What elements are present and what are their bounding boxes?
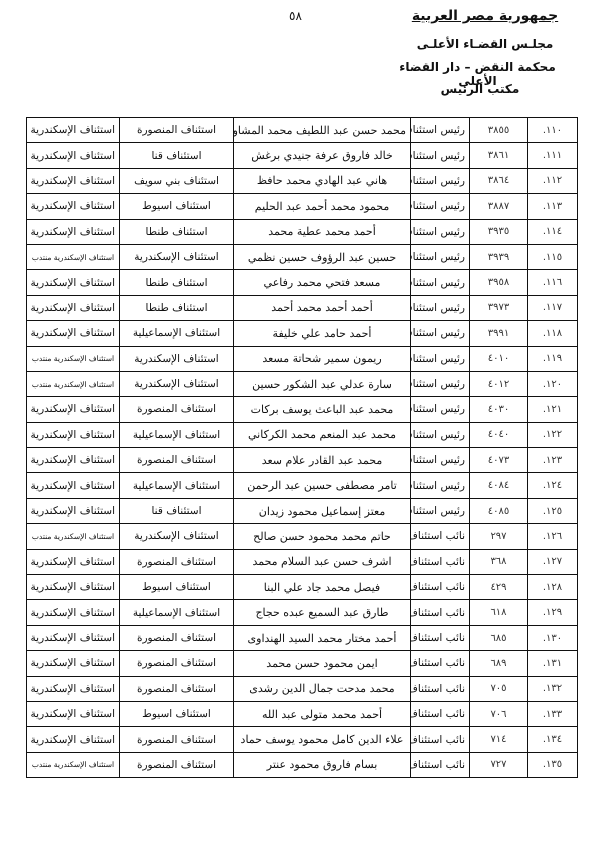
current-court-cell: استئناف المنصورة <box>120 752 234 777</box>
table-row: ١١١.٣٨٦١رئيس استئنافخالد فاروق عرفة جنيد… <box>27 143 578 168</box>
current-court-cell: استئناف اسيوط <box>120 701 234 726</box>
seniority-number-cell: ٤٢٩ <box>470 575 528 600</box>
row-index-cell: ١٢٣. <box>528 448 578 473</box>
seniority-number-cell: ٧٢٧ <box>470 752 528 777</box>
rank-cell: نائب استئناف <box>411 524 470 549</box>
table-row: ١٢٨.٤٢٩نائب استئناففيصل محمد جاد علي الب… <box>27 575 578 600</box>
destination-court-cell: استئناف الإسكندرية <box>27 473 120 498</box>
seniority-number-cell: ٣٨٨٧ <box>470 194 528 219</box>
table-row: ١٣١.٦٨٩نائب استئنافايمن محمود حسن محمداس… <box>27 651 578 676</box>
judge-name-cell: سارة عدلي عبد الشكور حسين <box>234 371 411 396</box>
row-index-cell: ١١٥. <box>528 244 578 269</box>
rank-cell: رئيس استئناف <box>411 498 470 523</box>
destination-court-cell: استئناف الإسكندرية <box>27 118 120 143</box>
destination-court-cell: استئناف الإسكندرية <box>27 194 120 219</box>
row-index-cell: ١٢٦. <box>528 524 578 549</box>
current-court-cell: استئناف المنصورة <box>120 549 234 574</box>
current-court-cell: استئناف المنصورة <box>120 651 234 676</box>
seniority-number-cell: ٣٩٣٩ <box>470 244 528 269</box>
council-title: مجلـس القضـاء الأعلـى <box>410 37 560 51</box>
current-court-cell: استئناف الإسكندرية <box>120 244 234 269</box>
row-index-cell: ١١٩. <box>528 346 578 371</box>
destination-court-cell: استئناف الإسكندرية <box>27 422 120 447</box>
row-index-cell: ١٣٠. <box>528 625 578 650</box>
destination-court-cell: استئناف الإسكندرية <box>27 575 120 600</box>
judge-name-cell: بسام فاروق محمود عنتر <box>234 752 411 777</box>
destination-court-cell: استئناف الإسكندرية <box>27 676 120 701</box>
destination-court-cell: استئناف الإسكندرية <box>27 498 120 523</box>
table-row: ١٣٢.٧٠٥نائب استئنافمحمد مدحت جمال الدين … <box>27 676 578 701</box>
current-court-cell: استئناف الإسماعيلية <box>120 600 234 625</box>
row-index-cell: ١٣١. <box>528 651 578 676</box>
seniority-number-cell: ٣٨٦٤ <box>470 168 528 193</box>
destination-court-cell: استئناف الإسكندرية <box>27 625 120 650</box>
page-number: ٥٨ <box>289 9 302 23</box>
judge-name-cell: محمد عبد المنعم محمد الكركاني <box>234 422 411 447</box>
judge-name-cell: أحمد محمد متولى عبد الله <box>234 701 411 726</box>
row-index-cell: ١٢٩. <box>528 600 578 625</box>
destination-court-cell: استئناف الإسكندرية <box>27 549 120 574</box>
current-court-cell: استئناف اسيوط <box>120 194 234 219</box>
table-row: ١١٠.٣٨٥٥رئيس استئنافمحمد حسن عبد اللطيف … <box>27 118 578 143</box>
judge-name-cell: محمد مدحت جمال الدين رشدى <box>234 676 411 701</box>
current-court-cell: استئناف الإسماعيلية <box>120 473 234 498</box>
country-title: جمهورية مصر العربية <box>410 8 560 24</box>
judge-name-cell: حاتم محمد محمود حسن صالح <box>234 524 411 549</box>
table-row: ١١٩.٤٠١٠رئيس استئنافريمون سمير شحاتة مسع… <box>27 346 578 371</box>
current-court-cell: استئناف طنطا <box>120 270 234 295</box>
table-row: ١٣٠.٦٨٥نائب استئنافأحمد مختار محمد السيد… <box>27 625 578 650</box>
destination-court-cell: استئناف الإسكندرية منتدب <box>27 752 120 777</box>
rank-cell: رئيس استئناف <box>411 244 470 269</box>
current-court-cell: استئناف الإسماعيلية <box>120 422 234 447</box>
seniority-number-cell: ٢٩٧ <box>470 524 528 549</box>
judge-name-cell: معتز إسماعيل محمود زيدان <box>234 498 411 523</box>
judge-name-cell: محمد عبد الباعث يوسف بركات <box>234 397 411 422</box>
rank-cell: نائب استئناف <box>411 752 470 777</box>
row-index-cell: ١٣٣. <box>528 701 578 726</box>
judge-name-cell: طارق عبد السميع عبده حجاج <box>234 600 411 625</box>
table-row: ١٣٣.٧٠٦نائب استئنافأحمد محمد متولى عبد ا… <box>27 701 578 726</box>
table-row: ١١٣.٣٨٨٧رئيس استئنافمحمود محمد أحمد عبد … <box>27 194 578 219</box>
destination-court-cell: استئناف الإسكندرية منتدب <box>27 524 120 549</box>
rank-cell: نائب استئناف <box>411 651 470 676</box>
row-index-cell: ١٢٠. <box>528 371 578 396</box>
judge-name-cell: أحمد محمد عطية محمد <box>234 219 411 244</box>
current-court-cell: استئناف طنطا <box>120 295 234 320</box>
current-court-cell: استئناف المنصورة <box>120 676 234 701</box>
destination-court-cell: استئناف الإسكندرية <box>27 270 120 295</box>
seniority-number-cell: ٣٩٧٣ <box>470 295 528 320</box>
seniority-number-cell: ٤٠٤٠ <box>470 422 528 447</box>
table-row: ١٣٥.٧٢٧نائب استئنافبسام فاروق محمود عنتر… <box>27 752 578 777</box>
rank-cell: رئيس استئناف <box>411 118 470 143</box>
rank-cell: نائب استئناف <box>411 701 470 726</box>
rank-cell: رئيس استئناف <box>411 346 470 371</box>
current-court-cell: استئناف المنصورة <box>120 397 234 422</box>
destination-court-cell: استئناف الإسكندرية <box>27 600 120 625</box>
judge-name-cell: فيصل محمد جاد علي البنا <box>234 575 411 600</box>
row-index-cell: ١١٨. <box>528 321 578 346</box>
seniority-number-cell: ٣٩٣٥ <box>470 219 528 244</box>
table-row: ١١٢.٣٨٦٤رئيس استئنافهاني عبد الهادي محمد… <box>27 168 578 193</box>
current-court-cell: استئناف بني سويف <box>120 168 234 193</box>
rank-cell: نائب استئناف <box>411 727 470 752</box>
destination-court-cell: استئناف الإسكندرية منتدب <box>27 244 120 269</box>
rank-cell: نائب استئناف <box>411 625 470 650</box>
row-index-cell: ١٣٥. <box>528 752 578 777</box>
rank-cell: نائب استئناف <box>411 600 470 625</box>
table-row: ١٢٤.٤٠٨٤رئيس استئنافتامر مصطفى حسين عبد … <box>27 473 578 498</box>
current-court-cell: استئناف طنطا <box>120 219 234 244</box>
judge-name-cell: اشرف حسن عبد السلام محمد <box>234 549 411 574</box>
row-index-cell: ١١٣. <box>528 194 578 219</box>
current-court-cell: استئناف المنصورة <box>120 448 234 473</box>
rank-cell: نائب استئناف <box>411 549 470 574</box>
seniority-number-cell: ٤٠٧٣ <box>470 448 528 473</box>
rank-cell: رئيس استئناف <box>411 295 470 320</box>
seniority-number-cell: ٧١٤ <box>470 727 528 752</box>
destination-court-cell: استئناف الإسكندرية <box>27 143 120 168</box>
table-row: ١١٦.٣٩٥٨رئيس استئنافمسعد فتحي محمد رفاعي… <box>27 270 578 295</box>
seniority-number-cell: ٣٩٥٨ <box>470 270 528 295</box>
judge-name-cell: أحمد حامد علي خليفة <box>234 321 411 346</box>
table-row: ١٢٧.٣٦٨نائب استئنافاشرف حسن عبد السلام م… <box>27 549 578 574</box>
row-index-cell: ١١٠. <box>528 118 578 143</box>
rank-cell: رئيس استئناف <box>411 270 470 295</box>
table-row: ١٢٩.٦١٨نائب استئنافطارق عبد السميع عبده … <box>27 600 578 625</box>
current-court-cell: استئناف الإسكندرية <box>120 346 234 371</box>
judge-name-cell: محمد عبد القادر علام سعد <box>234 448 411 473</box>
seniority-number-cell: ٣٦٨ <box>470 549 528 574</box>
table-row: ١١٧.٣٩٧٣رئيس استئنافأحمد أحمد محمد أحمدا… <box>27 295 578 320</box>
row-index-cell: ١٣٢. <box>528 676 578 701</box>
judge-name-cell: أحمد أحمد محمد أحمد <box>234 295 411 320</box>
rank-cell: رئيس استئناف <box>411 422 470 447</box>
row-index-cell: ١٢٥. <box>528 498 578 523</box>
current-court-cell: استئناف اسيوط <box>120 575 234 600</box>
rank-cell: نائب استئناف <box>411 575 470 600</box>
rank-cell: رئيس استئناف <box>411 194 470 219</box>
current-court-cell: استئناف الإسكندرية <box>120 371 234 396</box>
rank-cell: رئيس استئناف <box>411 448 470 473</box>
destination-court-cell: استئناف الإسكندرية <box>27 219 120 244</box>
judge-name-cell: علاء الدين كامل محمود يوسف حماد <box>234 727 411 752</box>
row-index-cell: ١١٦. <box>528 270 578 295</box>
destination-court-cell: استئناف الإسكندرية منتدب <box>27 346 120 371</box>
rank-cell: رئيس استئناف <box>411 219 470 244</box>
row-index-cell: ١٣٤. <box>528 727 578 752</box>
seniority-number-cell: ٤٠٨٤ <box>470 473 528 498</box>
table-row: ١١٨.٣٩٩١رئيس استئنافأحمد حامد علي خليفةا… <box>27 321 578 346</box>
judge-name-cell: حسين عبد الرؤوف حسين نظمي <box>234 244 411 269</box>
seniority-number-cell: ٣٨٥٥ <box>470 118 528 143</box>
row-index-cell: ١٢٢. <box>528 422 578 447</box>
destination-court-cell: استئناف الإسكندرية <box>27 321 120 346</box>
destination-court-cell: استئناف الإسكندرية <box>27 295 120 320</box>
judge-name-cell: ريمون سمير شحاتة مسعد <box>234 346 411 371</box>
seniority-number-cell: ٣٨٦١ <box>470 143 528 168</box>
current-court-cell: استئناف المنصورة <box>120 118 234 143</box>
rank-cell: نائب استئناف <box>411 676 470 701</box>
table-row: ١١٥.٣٩٣٩رئيس استئنافحسين عبد الرؤوف حسين… <box>27 244 578 269</box>
row-index-cell: ١١٧. <box>528 295 578 320</box>
table-row: ١٢١.٤٠٣٠رئيس استئنافمحمد عبد الباعث يوسف… <box>27 397 578 422</box>
seniority-number-cell: ٤٠٨٥ <box>470 498 528 523</box>
destination-court-cell: استئناف الإسكندرية <box>27 727 120 752</box>
seniority-number-cell: ٤٠١٠ <box>470 346 528 371</box>
rank-cell: رئيس استئناف <box>411 321 470 346</box>
seniority-number-cell: ٧٠٦ <box>470 701 528 726</box>
table-row: ١٣٤.٧١٤نائب استئنافعلاء الدين كامل محمود… <box>27 727 578 752</box>
current-court-cell: استئناف قنا <box>120 143 234 168</box>
judge-name-cell: خالد فاروق عرفة جنيدي برغش <box>234 143 411 168</box>
current-court-cell: استئناف المنصورة <box>120 727 234 752</box>
row-index-cell: ١١٤. <box>528 219 578 244</box>
office-title: مكتب الرئيس <box>430 82 530 96</box>
judge-name-cell: هاني عبد الهادي محمد حافظ <box>234 168 411 193</box>
destination-court-cell: استئناف الإسكندرية <box>27 651 120 676</box>
judge-name-cell: تامر مصطفى حسين عبد الرحمن <box>234 473 411 498</box>
rank-cell: رئيس استئناف <box>411 397 470 422</box>
seniority-number-cell: ٣٩٩١ <box>470 321 528 346</box>
destination-court-cell: استئناف الإسكندرية منتدب <box>27 371 120 396</box>
seniority-number-cell: ٤٠١٢ <box>470 371 528 396</box>
judge-name-cell: محمد حسن عبد اللطيف محمد المشاوي <box>234 118 411 143</box>
rank-cell: رئيس استئناف <box>411 473 470 498</box>
current-court-cell: استئناف الإسماعيلية <box>120 321 234 346</box>
table-row: ١٢٥.٤٠٨٥رئيس استئنافمعتز إسماعيل محمود ز… <box>27 498 578 523</box>
row-index-cell: ١١٢. <box>528 168 578 193</box>
destination-court-cell: استئناف الإسكندرية <box>27 701 120 726</box>
judges-transfer-table: ١١٠.٣٨٥٥رئيس استئنافمحمد حسن عبد اللطيف … <box>26 117 578 778</box>
rank-cell: رئيس استئناف <box>411 371 470 396</box>
table-row: ١٢٢.٤٠٤٠رئيس استئنافمحمد عبد المنعم محمد… <box>27 422 578 447</box>
rank-cell: رئيس استئناف <box>411 168 470 193</box>
destination-court-cell: استئناف الإسكندرية <box>27 397 120 422</box>
row-index-cell: ١٢١. <box>528 397 578 422</box>
judge-name-cell: أحمد مختار محمد السيد الهنداوى <box>234 625 411 650</box>
table-row: ١٢٦.٢٩٧نائب استئنافحاتم محمد محمود حسن ص… <box>27 524 578 549</box>
seniority-number-cell: ٦١٨ <box>470 600 528 625</box>
row-index-cell: ١١١. <box>528 143 578 168</box>
current-court-cell: استئناف الإسكندرية <box>120 524 234 549</box>
table-row: ١٢٠.٤٠١٢رئيس استئنافسارة عدلي عبد الشكور… <box>27 371 578 396</box>
current-court-cell: استئناف قنا <box>120 498 234 523</box>
seniority-number-cell: ٧٠٥ <box>470 676 528 701</box>
judge-name-cell: مسعد فتحي محمد رفاعي <box>234 270 411 295</box>
seniority-number-cell: ٦٨٥ <box>470 625 528 650</box>
destination-court-cell: استئناف الإسكندرية <box>27 448 120 473</box>
destination-court-cell: استئناف الإسكندرية <box>27 168 120 193</box>
row-index-cell: ١٢٨. <box>528 575 578 600</box>
seniority-number-cell: ٤٠٣٠ <box>470 397 528 422</box>
current-court-cell: استئناف المنصورة <box>120 625 234 650</box>
row-index-cell: ١٢٤. <box>528 473 578 498</box>
judge-name-cell: محمود محمد أحمد عبد الحليم <box>234 194 411 219</box>
row-index-cell: ١٢٧. <box>528 549 578 574</box>
judge-name-cell: ايمن محمود حسن محمد <box>234 651 411 676</box>
table-row: ١١٤.٣٩٣٥رئيس استئنافأحمد محمد عطية محمدا… <box>27 219 578 244</box>
rank-cell: رئيس استئناف <box>411 143 470 168</box>
table-row: ١٢٣.٤٠٧٣رئيس استئنافمحمد عبد القادر علام… <box>27 448 578 473</box>
seniority-number-cell: ٦٨٩ <box>470 651 528 676</box>
